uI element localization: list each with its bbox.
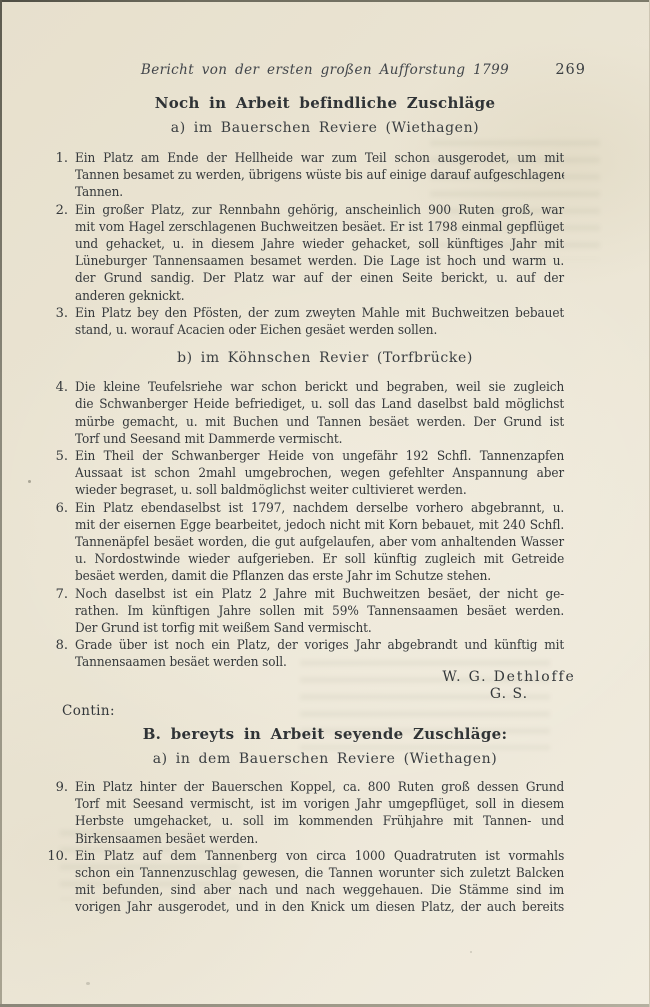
signature-block: W. G. Dethloffe G. S. bbox=[424, 669, 594, 704]
scan-edge-left bbox=[0, 0, 2, 1007]
item-list-c: 9. Ein Platz hinter der Bauerschen Koppe… bbox=[44, 779, 601, 917]
running-head-row: Bericht von der ersten großen Aufforstun… bbox=[50, 62, 600, 80]
item-number: 10. bbox=[44, 848, 75, 865]
paper-speck bbox=[470, 951, 472, 953]
scanned-book-page: { "header": { "running_head": "Bericht v… bbox=[0, 0, 650, 1007]
section-b-subheading-a: a) in dem Bauerschen Reviere (Wiethagen) bbox=[0, 751, 650, 767]
item-number: 3. bbox=[44, 305, 75, 322]
section-a-subheading-a: a) im Bauerschen Reviere (Wiethagen) bbox=[0, 120, 650, 136]
item-text: Ein Platz hinter der Bauerschen Koppel, … bbox=[75, 779, 564, 848]
item-text: Ein Platz ebendaselbst ist 1797, nachdem… bbox=[75, 500, 564, 586]
list-item: 6. Ein Platz ebendaselbst ist 1797, nach… bbox=[44, 500, 601, 586]
section-b-title: B. bereyts in Arbeit seyende Zuschläge: bbox=[0, 725, 650, 743]
item-text: Ein Platz am Ende der Hellheide war zum … bbox=[75, 150, 564, 202]
item-text: Noch daselbst ist ein Platz 2 Jahre mit … bbox=[75, 586, 564, 638]
item-text: Die kleine Teufelsriehe war schon berick… bbox=[75, 379, 564, 448]
list-item: 7. Noch daselbst ist ein Platz 2 Jahre m… bbox=[44, 586, 601, 638]
item-list-a: 1. Ein Platz am Ende der Hellheide war z… bbox=[44, 150, 601, 339]
item-number: 2. bbox=[44, 202, 75, 219]
list-item: 3. Ein Platz bey den Pfösten, der zum zw… bbox=[44, 305, 601, 339]
item-text: Ein Platz bey den Pfösten, der zum zweyt… bbox=[75, 305, 564, 339]
section-a-title: Noch in Arbeit befindliche Zuschläge bbox=[0, 94, 650, 112]
item-number: 1. bbox=[44, 150, 75, 167]
list-item: 1. Ein Platz am Ende der Hellheide war z… bbox=[44, 150, 601, 202]
list-item: 5. Ein Theil der Schwanberger Heide von … bbox=[44, 448, 601, 500]
list-item: 8. Grade über ist noch ein Platz, der vo… bbox=[44, 637, 601, 671]
item-number: 8. bbox=[44, 637, 75, 654]
paper-speck bbox=[28, 480, 31, 483]
section-a-subheading-b: b) im Köhnschen Revier (Torfbrücke) bbox=[0, 350, 650, 366]
page-number: 269 bbox=[555, 62, 586, 78]
item-number: 9. bbox=[44, 779, 75, 796]
item-number: 7. bbox=[44, 586, 75, 603]
contin-label: Contin: bbox=[62, 703, 650, 720]
signature-initials: G. S. bbox=[424, 686, 594, 704]
item-list-b: 4. Die kleine Teufelsriehe war schon ber… bbox=[44, 379, 601, 671]
item-number: 4. bbox=[44, 379, 75, 396]
item-text: Ein Platz auf dem Tannenberg von circa 1… bbox=[75, 848, 564, 917]
item-number: 6. bbox=[44, 500, 75, 517]
item-text: Ein Theil der Schwanberger Heide von ung… bbox=[75, 448, 564, 500]
list-item: 9. Ein Platz hinter der Bauerschen Koppe… bbox=[44, 779, 601, 848]
list-item: 2. Ein großer Platz, zur Rennbahn gehöri… bbox=[44, 202, 601, 305]
item-number: 5. bbox=[44, 448, 75, 465]
running-head: Bericht von der ersten großen Aufforstun… bbox=[50, 62, 600, 78]
item-text: Grade über ist noch ein Platz, der vorig… bbox=[75, 637, 564, 671]
item-text: Ein großer Platz, zur Rennbahn gehörig, … bbox=[75, 202, 564, 305]
list-item: 10. Ein Platz auf dem Tannenberg von cir… bbox=[44, 848, 601, 917]
list-item: 4. Die kleine Teufelsriehe war schon ber… bbox=[44, 379, 601, 448]
paper-speck bbox=[86, 982, 90, 985]
scan-edge-top bbox=[0, 0, 650, 2]
